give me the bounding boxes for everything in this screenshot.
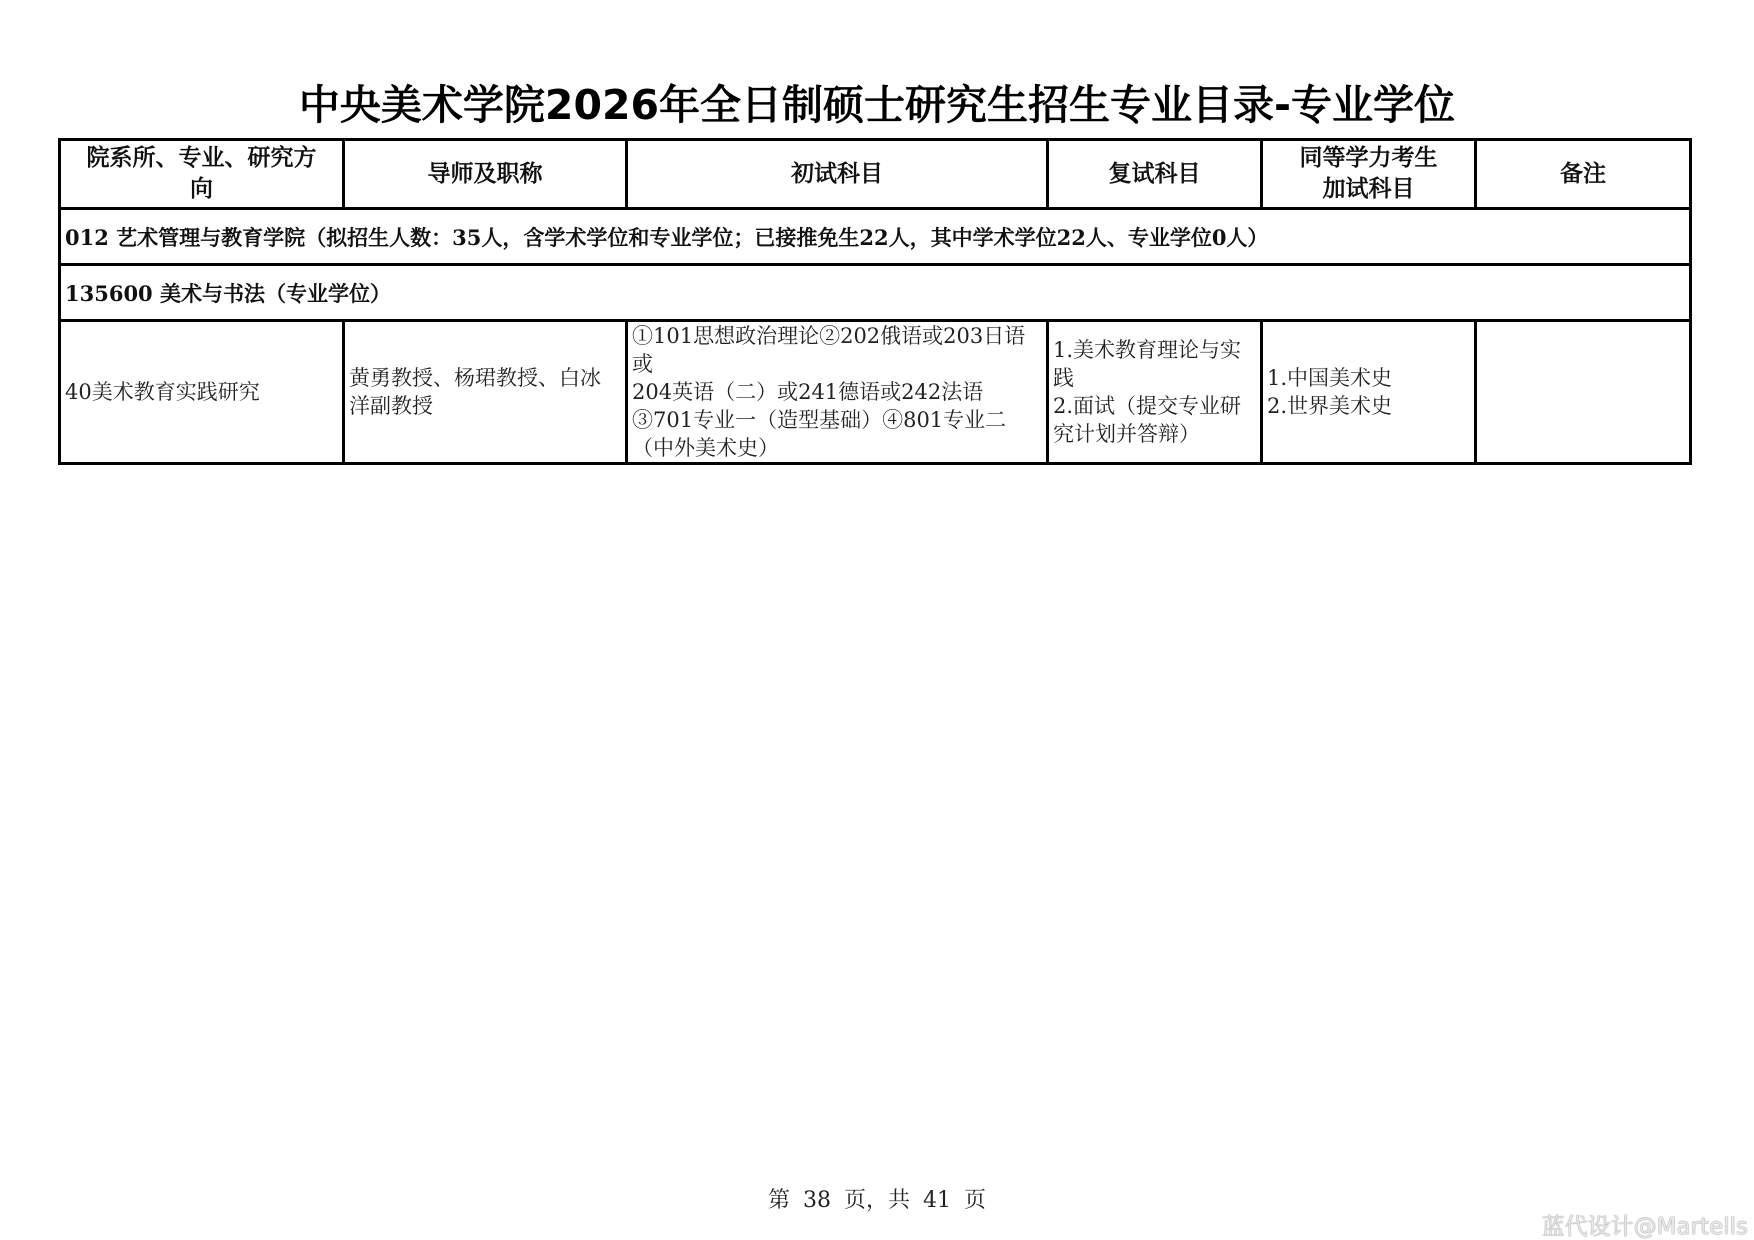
department-row: 012 艺术管理与教育学院（拟招生人数：35人，含学术学位和专业学位；已接推免生… (60, 209, 1691, 265)
table-row: 40美术教育实践研究 黄勇教授、杨珺教授、白冰洋副教授 ①101思想政治理论②2… (60, 321, 1691, 464)
equivalent-extra-subjects: 1.中国美术史 2.世界美术史 (1262, 321, 1476, 464)
header-direction-line2: 向 (65, 174, 338, 205)
equivalent-extra-line: 1.中国美术史 (1267, 364, 1470, 392)
research-direction: 40美术教育实践研究 (60, 321, 344, 464)
department-info: 012 艺术管理与教育学院（拟招生人数：35人，含学术学位和专业学位；已接推免生… (60, 209, 1691, 265)
initial-exam-line: ③701专业一（造型基础）④801专业二 (632, 406, 1042, 434)
catalog-table: 院系所、专业、研究方 向 导师及职称 初试科目 复试科目 同等学力考生 加试科目… (58, 138, 1692, 465)
remarks (1476, 321, 1691, 464)
table-header-row: 院系所、专业、研究方 向 导师及职称 初试科目 复试科目 同等学力考生 加试科目… (60, 140, 1691, 209)
watermark: 蓝代设计@Martells (1542, 1208, 1748, 1240)
initial-exam-line: ①101思想政治理论②202俄语或203日语或 (632, 322, 1042, 378)
retest-line: 2.面试（提交专业研 (1053, 392, 1256, 420)
header-equivalent-extra: 同等学力考生 加试科目 (1262, 140, 1476, 209)
retest-line: 究计划并答辩） (1053, 420, 1256, 448)
page-title: 中央美术学院2026年全日制硕士研究生招生专业目录-专业学位 (0, 72, 1754, 131)
initial-exam-line: 204英语（二）或241德语或242法语 (632, 378, 1042, 406)
header-direction: 院系所、专业、研究方 向 (60, 140, 344, 209)
header-retest: 复试科目 (1048, 140, 1262, 209)
retest-line: 践 (1053, 364, 1256, 392)
initial-exam-line: （中外美术史） (632, 434, 1042, 462)
initial-exam-subjects: ①101思想政治理论②202俄语或203日语或 204英语（二）或241德语或2… (627, 321, 1048, 464)
advisors: 黄勇教授、杨珺教授、白冰洋副教授 (344, 321, 627, 464)
header-remarks: 备注 (1476, 140, 1691, 209)
header-initial-exam: 初试科目 (627, 140, 1048, 209)
header-equivalent-line1: 同等学力考生 (1267, 143, 1470, 174)
header-direction-line1: 院系所、专业、研究方 (65, 143, 338, 174)
header-equivalent-line2: 加试科目 (1267, 174, 1470, 205)
retest-subjects: 1.美术教育理论与实 践 2.面试（提交专业研 究计划并答辩） (1048, 321, 1262, 464)
header-advisors: 导师及职称 (344, 140, 627, 209)
page-number: 第 38 页，共 41 页 (0, 1183, 1754, 1214)
major-row: 135600 美术与书法（专业学位） (60, 265, 1691, 321)
major-info: 135600 美术与书法（专业学位） (60, 265, 1691, 321)
retest-line: 1.美术教育理论与实 (1053, 336, 1256, 364)
equivalent-extra-line: 2.世界美术史 (1267, 392, 1470, 420)
